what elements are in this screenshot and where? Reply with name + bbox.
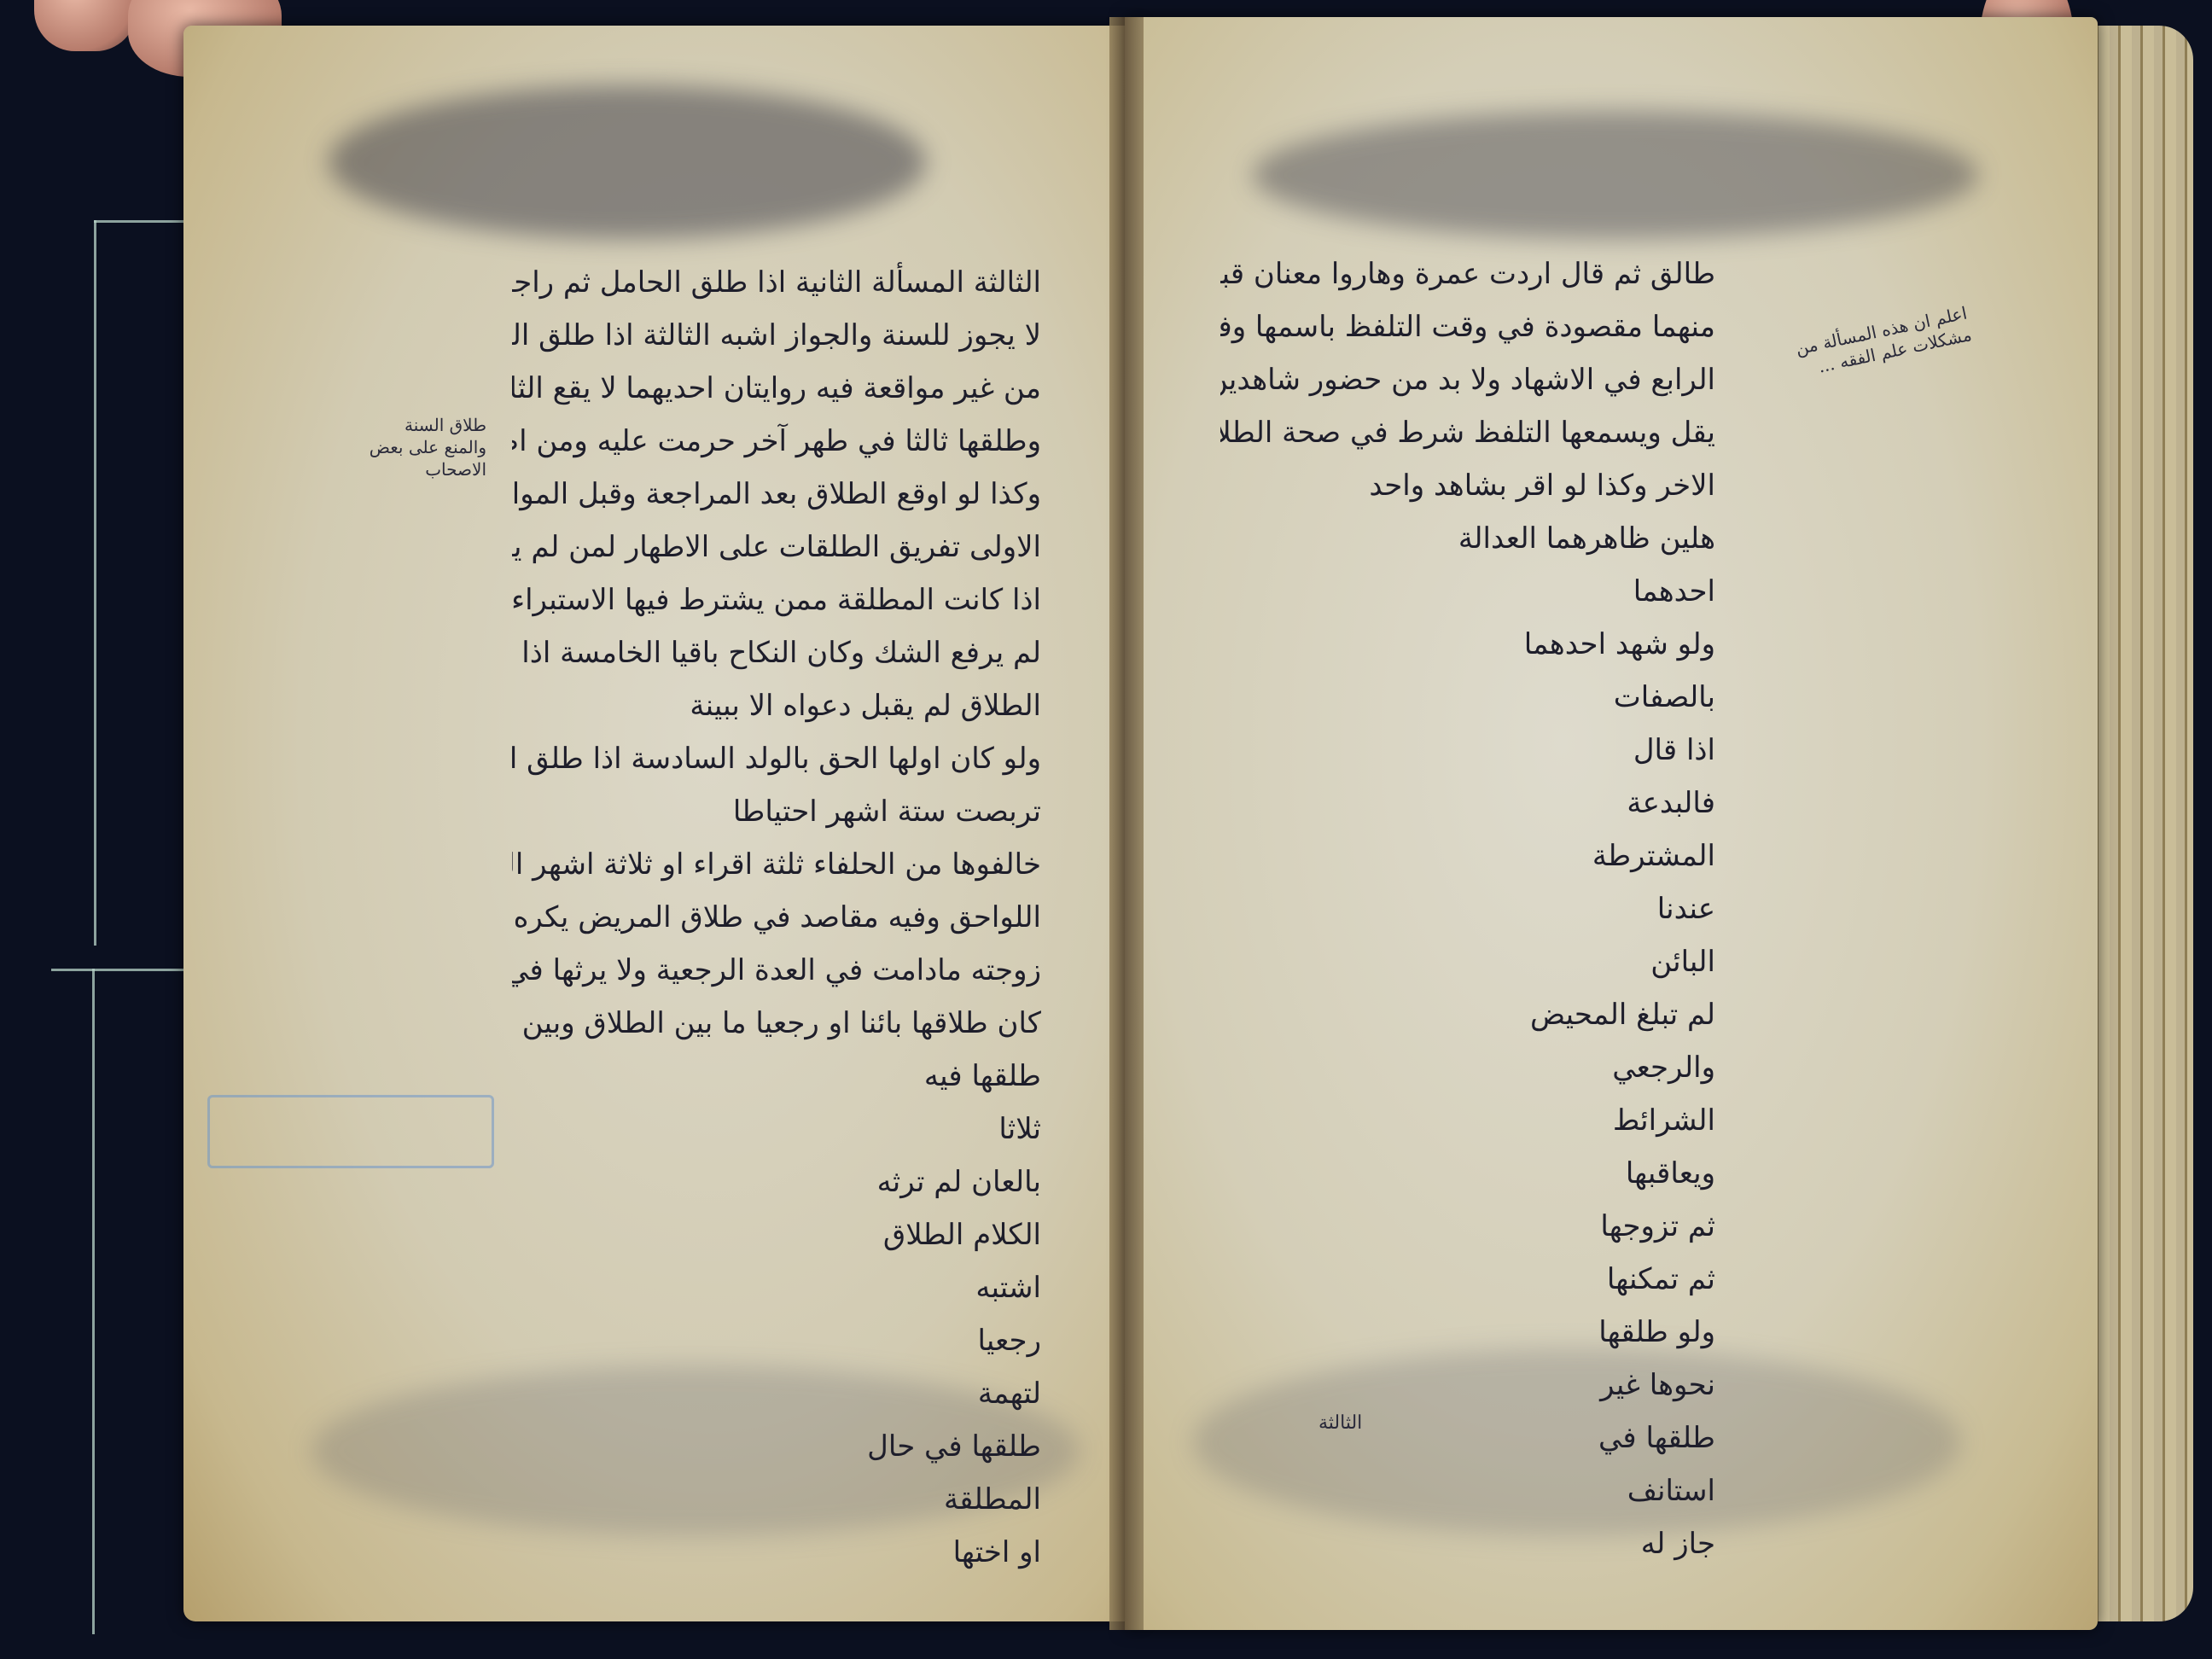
text-line: خالفوها من الحلفاء ثلثة اقراء او ثلاثة ا…	[512, 838, 1041, 891]
text-line: ثم تمكنها	[1220, 1253, 1715, 1306]
left-page-text: الثالثة المسألة الثانية اذا طلق الحامل ث…	[512, 256, 1041, 1579]
text-line: الاولى تفريق الطلقات على الاطهار لمن لم …	[512, 521, 1041, 573]
text-line: وطلقها ثالثا في طهر آخر حرمت عليه ومن اص…	[512, 415, 1041, 468]
library-stamp	[207, 1095, 494, 1168]
text-line: طالق ثم قال اردت عمرة وهاروا معنان قبل و…	[1220, 247, 1715, 300]
text-line: رجعيا	[512, 1314, 1041, 1367]
text-line: اللواحق وفيه مقاصد في طلاق المريض يكره ل…	[512, 891, 1041, 944]
text-line: الطلاق لم يقبل دعواه الا ببينة	[512, 679, 1041, 732]
text-line: اشتبه	[512, 1261, 1041, 1314]
text-line: الشرائط	[1220, 1094, 1715, 1147]
book-gutter	[1109, 17, 1144, 1630]
text-line: الاخر وكذا لو اقر بشاهد واحد	[1220, 459, 1715, 512]
text-line: الرابع في الاشهاد ولا بد من حضور شاهدين …	[1220, 353, 1715, 406]
text-line: المشترطة	[1220, 829, 1715, 882]
catchword: الثالثة	[1318, 1412, 1362, 1434]
text-line: احدهما	[1220, 565, 1715, 618]
text-line: الثالثة المسألة الثانية اذا طلق الحامل ث…	[512, 256, 1041, 309]
left-margin-note: طلاق السنة والمنع على بعض الاصحاب	[367, 414, 486, 480]
text-line: والرجعي	[1220, 1041, 1715, 1094]
text-line: ثم تزوجها	[1220, 1200, 1715, 1253]
ink-smudge-top	[329, 85, 926, 239]
text-line: لا يجوز للسنة والجواز اشبه الثالثة اذا ط…	[512, 309, 1041, 362]
text-line: لم يرفع الشك وكان النكاح باقيا الخامسة ا…	[512, 626, 1041, 679]
text-line: ولو كان اولها الحق بالولد السادسة اذا طل…	[512, 732, 1041, 785]
mat-grid-line	[94, 220, 183, 223]
text-line: اذا قال	[1220, 724, 1715, 777]
text-line: لتهمة	[512, 1367, 1041, 1420]
text-line: ولو شهد احدهما	[1220, 618, 1715, 671]
text-line: من غير مواقعة فيه روايتان احديهما لا يقع…	[512, 362, 1041, 415]
text-line: المطلقة	[512, 1473, 1041, 1526]
text-line: ثلاثا	[512, 1103, 1041, 1155]
text-line: طلقها في	[1220, 1412, 1715, 1464]
text-line: او اختها	[512, 1526, 1041, 1579]
text-line: ويعاقبها	[1220, 1147, 1715, 1200]
text-line: هلين ظاهرهما العدالة	[1220, 512, 1715, 565]
ink-smudge-top	[1253, 111, 1978, 239]
text-line: كان طلاقها بائنا او رجعيا ما بين الطلاق …	[512, 997, 1041, 1050]
text-line: فالبدعة	[1220, 777, 1715, 829]
mat-grid-line	[92, 969, 95, 1634]
text-line: طلقها فيه	[512, 1050, 1041, 1103]
text-line: ولو طلقها	[1220, 1306, 1715, 1359]
text-line: عندنا	[1220, 882, 1715, 935]
text-line: الكلام الطلاق	[512, 1208, 1041, 1261]
text-line: بالعان لم ترثه	[512, 1155, 1041, 1208]
left-finger	[34, 0, 137, 51]
text-line: استانف	[1220, 1464, 1715, 1517]
text-line: طلقها في حال	[512, 1420, 1041, 1473]
text-line: بالصفات	[1220, 671, 1715, 724]
text-line: تربصت ستة اشهر احتياطا	[512, 785, 1041, 838]
text-line: جاز له	[1220, 1517, 1715, 1570]
text-line: يقل ويسمعها التلفظ شرط في صحة الطلاق حتى…	[1220, 406, 1715, 459]
text-line: منهما مقصودة في وقت التلفظ باسمها وفيه ا…	[1220, 300, 1715, 353]
text-line: البائن	[1220, 935, 1715, 988]
text-line: لم تبلغ المحيض	[1220, 988, 1715, 1041]
text-line: وكذا لو اوقع الطلاق بعد المراجعة وقبل ال…	[512, 468, 1041, 521]
text-line: اذا كانت المطلقة ممن يشترط فيها الاستبرا…	[512, 573, 1041, 626]
right-page-text: طالق ثم قال اردت عمرة وهاروا معنان قبل و…	[1220, 247, 1715, 1570]
text-line: نحوها غير	[1220, 1359, 1715, 1412]
mat-grid-line	[94, 220, 96, 946]
text-line: زوجته مادامت في العدة الرجعية ولا يرثها …	[512, 944, 1041, 997]
mat-grid-line	[51, 969, 183, 971]
